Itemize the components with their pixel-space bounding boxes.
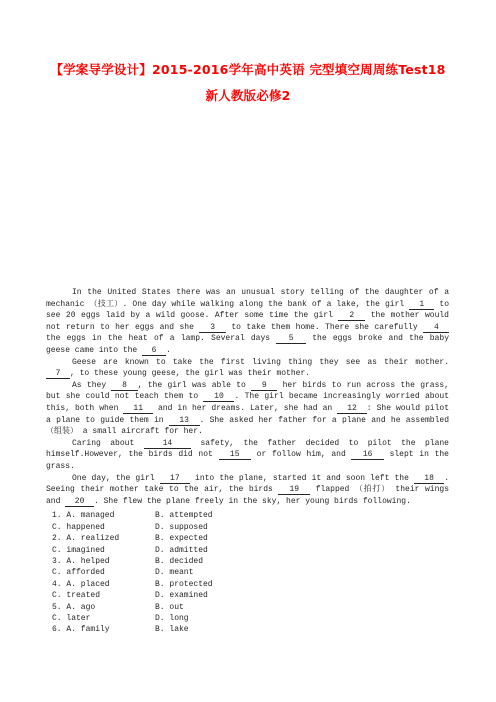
option-row: 3. A. helpedB. decided xyxy=(52,556,449,567)
blank-14: 14 xyxy=(144,439,191,449)
option-cell-left: 1. A. managed xyxy=(52,510,155,521)
blank-18: 18 xyxy=(414,474,444,484)
option-cell-left: C. treated xyxy=(52,590,155,601)
option-row: 6. A. familyB. lake xyxy=(52,624,449,635)
blank-10: 10 xyxy=(203,392,234,402)
option-row: C. imaginedD. admitted xyxy=(52,545,449,556)
option-cell-left: 4. A. placed xyxy=(52,579,155,590)
cloze-passage: In the United States there was an unusua… xyxy=(46,287,449,507)
option-cell-right: D. admitted xyxy=(155,545,449,556)
option-cell-right: D. supposed xyxy=(155,522,449,533)
blank-16: 16 xyxy=(351,450,383,460)
option-cell-left: C. happened xyxy=(52,522,155,533)
option-row: C. happenedD. supposed xyxy=(52,522,449,533)
blank-7: 7 xyxy=(46,369,70,379)
passage-paragraph: Caring about 14 safety, the father decid… xyxy=(46,438,449,473)
option-row: 4. A. placedB. protected xyxy=(52,579,449,590)
option-cell-right: B. attempted xyxy=(155,510,449,521)
option-row: C. affordedD. meant xyxy=(52,567,449,578)
option-cell-left: 6. A. family xyxy=(52,624,155,635)
option-cell-left: 5. A. ago xyxy=(52,602,155,613)
blank-6: 6 xyxy=(142,346,166,356)
option-cell-right: D. examined xyxy=(155,590,449,601)
blank-9: 9 xyxy=(251,381,277,391)
option-cell-left: C. afforded xyxy=(52,567,155,578)
option-cell-right: D. long xyxy=(155,613,449,624)
document-title: 【学案导学设计】2015-2016学年高中英语 完型填空周周练Test18 新人… xyxy=(0,0,496,109)
blank-17: 17 xyxy=(160,474,190,484)
option-cell-right: B. protected xyxy=(155,579,449,590)
option-row: 5. A. agoB. out xyxy=(52,602,449,613)
title-line-2: 新人教版必修2 xyxy=(0,83,496,109)
option-row: 1. A. managedB. attempted xyxy=(52,510,449,521)
document-page: 【学案导学设计】2015-2016学年高中英语 完型填空周周练Test18 新人… xyxy=(0,0,496,702)
options-list: 1. A. managedB. attemptedC. happenedD. s… xyxy=(52,510,449,635)
title-line-1: 【学案导学设计】2015-2016学年高中英语 完型填空周周练Test18 xyxy=(0,57,496,83)
blank-1: 1 xyxy=(409,300,434,310)
passage-paragraph: Geese are known to take the first living… xyxy=(46,357,449,380)
option-cell-right: B. lake xyxy=(155,624,449,635)
passage-paragraph: One day, the girl 17 into the plane, sta… xyxy=(46,473,449,508)
blank-13: 13 xyxy=(169,416,200,426)
option-row: C. laterD. long xyxy=(52,613,449,624)
blank-8: 8 xyxy=(111,381,137,391)
option-cell-left: 2. A. realized xyxy=(52,533,155,544)
option-cell-left: 3. A. helped xyxy=(52,556,155,567)
blank-20: 20 xyxy=(65,497,94,507)
passage-paragraph: In the United States there was an unusua… xyxy=(46,287,449,357)
blank-19: 19 xyxy=(278,485,310,495)
blank-5: 5 xyxy=(276,334,306,344)
option-cell-right: B. expected xyxy=(155,533,449,544)
blank-3: 3 xyxy=(199,323,226,333)
option-cell-left: C. later xyxy=(52,613,155,624)
blank-4: 4 xyxy=(423,323,449,333)
option-cell-right: D. meant xyxy=(155,567,449,578)
option-cell-right: B. decided xyxy=(155,556,449,567)
option-row: 2. A. realizedB. expected xyxy=(52,533,449,544)
passage-paragraph: As they 8 , the girl was able to 9 her b… xyxy=(46,380,449,438)
blank-15: 15 xyxy=(219,450,251,460)
option-cell-right: B. out xyxy=(155,602,449,613)
blank-11: 11 xyxy=(123,404,153,414)
blank-2: 2 xyxy=(338,311,365,321)
blank-12: 12 xyxy=(337,404,367,414)
option-row: C. treatedD. examined xyxy=(52,590,449,601)
option-cell-left: C. imagined xyxy=(52,545,155,556)
